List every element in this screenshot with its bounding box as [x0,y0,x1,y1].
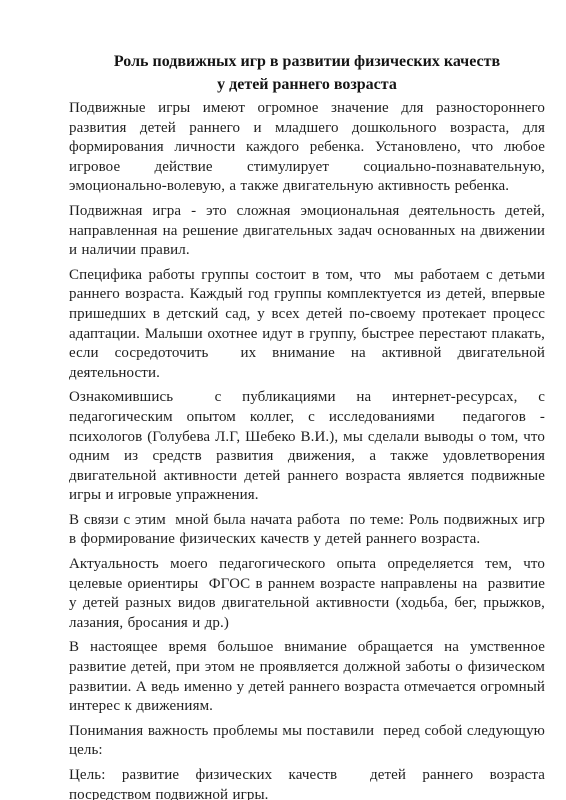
paragraph-goal: Цель: развитие физических качеств детей … [69,766,545,800]
document-title-line-2: у детей раннего возраста [69,73,545,96]
paragraph-problem-statement: Понимания важность проблемы мы поставили… [69,722,545,761]
paragraph-research-conclusions: Ознакомившись с публикациями на интернет… [69,388,545,506]
paragraph-group-specifics: Специфика работы группы состоит в том, ч… [69,266,545,384]
paragraph-work-topic: В связи с этим мной была начата работа п… [69,511,545,550]
document-title: Роль подвижных игр в развитии физических… [69,50,545,96]
document-page: Роль подвижных игр в развитии физических… [0,0,566,800]
paragraph-current-situation: В настоящее время большое внимание обращ… [69,638,545,716]
paragraph-definition-active-game: Подвижная игра - это сложная эмоциональн… [69,202,545,261]
paragraph-intro-significance: Подвижные игры имеют огромное значение д… [69,99,545,197]
document-title-line-1: Роль подвижных игр в развитии физических… [69,50,545,73]
paragraph-relevance-fgos: Актуальность моего педагогического опыта… [69,555,545,633]
